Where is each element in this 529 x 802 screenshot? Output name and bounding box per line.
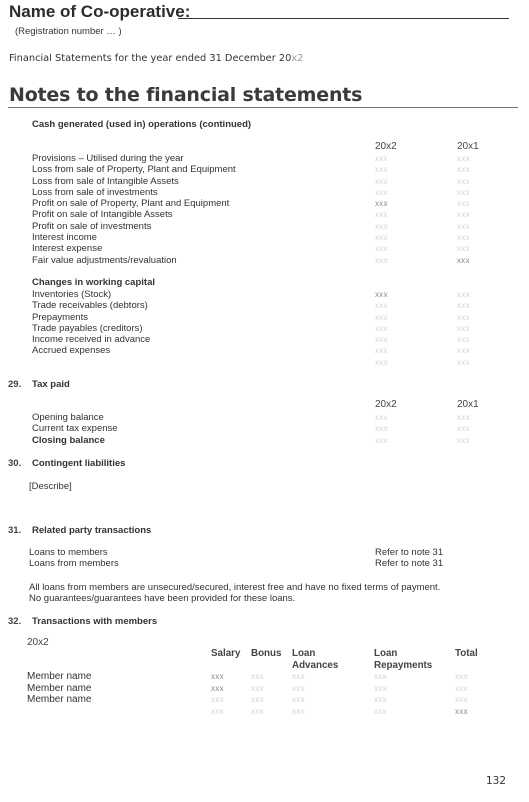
- row-value-current: xxx: [375, 243, 388, 254]
- tax-paid-rows: Opening balanceCurrent tax expenseClosin…: [32, 412, 118, 446]
- row-label: Provisions – Utilised during the year: [32, 153, 236, 164]
- related-party-value: Refer to note 31: [375, 558, 443, 569]
- cash-generated-current-values: xxxxxxxxxxxxxxxxxxxxxxxxxxxxxx: [375, 153, 388, 266]
- row-label: Accrued expenses: [32, 345, 150, 356]
- note-32-heading: Transactions with members: [32, 616, 157, 627]
- row-label: Profit on sale of investments: [32, 221, 236, 232]
- title-divider: [8, 107, 518, 108]
- row-value-prior: xxx: [457, 300, 470, 311]
- loans-paragraph-line-1: All loans from members are unsecured/sec…: [29, 582, 440, 593]
- member-value: xxx: [292, 694, 305, 705]
- row-value-prior: xxx: [457, 423, 470, 434]
- tax-year-prior-header: 20x1: [457, 399, 479, 410]
- row-value-prior: xxx: [457, 412, 470, 423]
- note-30-heading: Contingent liabilities: [32, 458, 125, 469]
- row-label: Inventories (Stock): [32, 289, 150, 300]
- page-title: Notes to the financial statements: [9, 84, 362, 106]
- row-value-current: xxx: [375, 176, 388, 187]
- contingent-liabilities-description: [Describe]: [29, 481, 72, 492]
- cash-generated-rows: Provisions – Utilised during the yearLos…: [32, 153, 236, 266]
- column-header: Salary: [211, 648, 240, 660]
- row-label: Trade receivables (debtors): [32, 300, 150, 311]
- row-value-prior: xxx: [457, 221, 470, 232]
- member-value: xxx: [251, 671, 264, 682]
- related-party-label: Loans to members: [29, 547, 119, 558]
- total-value-prior: xxx: [457, 357, 470, 368]
- year-prior-text: 20x1: [457, 141, 479, 152]
- row-value-prior: xxx: [457, 153, 470, 164]
- row-value-prior: xxx: [457, 334, 470, 345]
- row-value-current: xxx: [375, 164, 388, 175]
- row-label: Loss from sale of Property, Plant and Eq…: [32, 164, 236, 175]
- row-value-current: xxx: [375, 312, 388, 323]
- member-value: xxx: [292, 683, 305, 694]
- member-value: xxx: [251, 694, 264, 705]
- member-total-value: xxx: [292, 706, 305, 717]
- cooperative-name-label: Name of Co-operative:: [9, 2, 190, 22]
- row-value-prior: xxx: [457, 164, 470, 175]
- member-value: xxx: [211, 683, 224, 694]
- row-value-current: xxx: [375, 323, 388, 334]
- row-value-prior: xxx: [457, 345, 470, 356]
- working-capital-current-values: xxxxxxxxxxxxxxxxxxxxx: [375, 289, 388, 368]
- cash-generated-heading: Cash generated (used in) operations (con…: [32, 119, 251, 130]
- row-value-current: xxx: [375, 153, 388, 164]
- member-value: xxx: [251, 683, 264, 694]
- member-value: xxx: [211, 671, 224, 682]
- row-value-current: xxx: [375, 289, 388, 300]
- working-capital-prior-values: xxxxxxxxxxxxxxxxxxxxx: [457, 289, 470, 368]
- row-value-current: xxx: [375, 435, 388, 446]
- row-label: Loss from sale of investments: [32, 187, 236, 198]
- member-name: Member name: [27, 683, 91, 694]
- note-31-heading: Related party transactions: [32, 525, 151, 536]
- row-value-prior: xxx: [457, 255, 470, 266]
- note-31-number: 31.: [8, 525, 21, 536]
- row-value-prior: xxx: [457, 176, 470, 187]
- member-name: Member name: [27, 694, 91, 705]
- row-value-current: xxx: [375, 423, 388, 434]
- row-value-current: xxx: [375, 232, 388, 243]
- row-label: Trade payables (creditors): [32, 323, 150, 334]
- members-table-year: 20x2: [27, 637, 49, 648]
- column-header: LoanAdvances: [292, 648, 338, 671]
- member-total-value: xxx: [455, 706, 468, 717]
- row-value-prior: xxx: [457, 198, 470, 209]
- row-value-prior: xxx: [457, 435, 470, 446]
- member-value: xxx: [211, 694, 224, 705]
- row-value-current: xxx: [375, 198, 388, 209]
- member-value: xxx: [455, 683, 468, 694]
- row-label: Profit on sale of Property, Plant and Eq…: [32, 198, 236, 209]
- row-value-prior: xxx: [457, 323, 470, 334]
- row-value-prior: xxx: [457, 243, 470, 254]
- row-label: Interest expense: [32, 243, 236, 254]
- row-value-prior: xxx: [457, 232, 470, 243]
- row-value-prior: xxx: [457, 312, 470, 323]
- working-capital-rows: Inventories (Stock)Trade receivables (de…: [32, 289, 150, 357]
- loans-paragraph-line-2: No guarantees/guarantees have been provi…: [29, 593, 295, 604]
- year-prior-header: 20x1: [457, 141, 479, 152]
- total-value-current: xxx: [375, 357, 388, 368]
- member-value: xxx: [455, 694, 468, 705]
- related-party-value: Refer to note 31: [375, 547, 443, 558]
- note-29-heading: Tax paid: [32, 379, 70, 390]
- row-label: Interest income: [32, 232, 236, 243]
- cooperative-name-blank-line: [178, 18, 509, 19]
- member-name: Member name: [27, 671, 91, 682]
- row-value-prior: xxx: [457, 209, 470, 220]
- row-label: Fair value adjustments/revaluation: [32, 255, 236, 266]
- column-header: Bonus: [251, 648, 281, 660]
- member-total-value: xxx: [374, 706, 387, 717]
- registration-number: (Registration number … ): [15, 26, 122, 37]
- related-party-label: Loans from members: [29, 558, 119, 569]
- row-value-prior: xxx: [457, 289, 470, 300]
- financial-statements-title: Financial Statements for the year ended …: [9, 53, 303, 64]
- note-32-number: 32.: [8, 616, 21, 627]
- row-value-current: xxx: [375, 209, 388, 220]
- fs-title-year-suffix: x2: [291, 53, 303, 64]
- related-party-rows: Loans to membersLoans from members: [29, 547, 119, 570]
- row-label: Profit on sale of Intangible Assets: [32, 209, 236, 220]
- row-value-current: xxx: [375, 221, 388, 232]
- row-label: Income received in advance: [32, 334, 150, 345]
- row-value-prior: xxx: [457, 187, 470, 198]
- column-header: Total: [455, 648, 478, 660]
- tax-paid-prior-values: xxxxxxxxx: [457, 412, 470, 446]
- fs-title-text: Financial Statements for the year ended …: [9, 53, 291, 64]
- note-30-number: 30.: [8, 458, 21, 469]
- member-value: xxx: [374, 671, 387, 682]
- year-current-header: 20x2: [375, 141, 397, 152]
- row-label: Prepayments: [32, 312, 150, 323]
- member-total-value: xxx: [211, 706, 224, 717]
- member-value: xxx: [374, 683, 387, 694]
- member-value: xxx: [374, 694, 387, 705]
- working-capital-heading: Changes in working capital: [32, 277, 155, 288]
- member-total-value: xxx: [251, 706, 264, 717]
- row-label: Loss from sale of Intangible Assets: [32, 176, 236, 187]
- row-label: Current tax expense: [32, 423, 118, 434]
- row-label: Closing balance: [32, 435, 118, 446]
- row-value-current: xxx: [375, 345, 388, 356]
- cash-generated-prior-values: xxxxxxxxxxxxxxxxxxxxxxxxxxxxxx: [457, 153, 470, 266]
- row-value-current: xxx: [375, 255, 388, 266]
- row-value-current: xxx: [375, 187, 388, 198]
- year-current-text: 20x2: [375, 141, 397, 152]
- tax-paid-current-values: xxxxxxxxx: [375, 412, 388, 446]
- column-header: LoanRepayments: [374, 648, 432, 671]
- tax-year-current-header: 20x2: [375, 399, 397, 410]
- page-number: 132: [486, 775, 506, 787]
- row-value-current: xxx: [375, 300, 388, 311]
- member-value: xxx: [292, 671, 305, 682]
- member-value: xxx: [455, 671, 468, 682]
- related-party-values: Refer to note 31Refer to note 31: [375, 547, 443, 570]
- note-29-number: 29.: [8, 379, 21, 390]
- row-value-current: xxx: [375, 412, 388, 423]
- row-value-current: xxx: [375, 334, 388, 345]
- row-label: Opening balance: [32, 412, 118, 423]
